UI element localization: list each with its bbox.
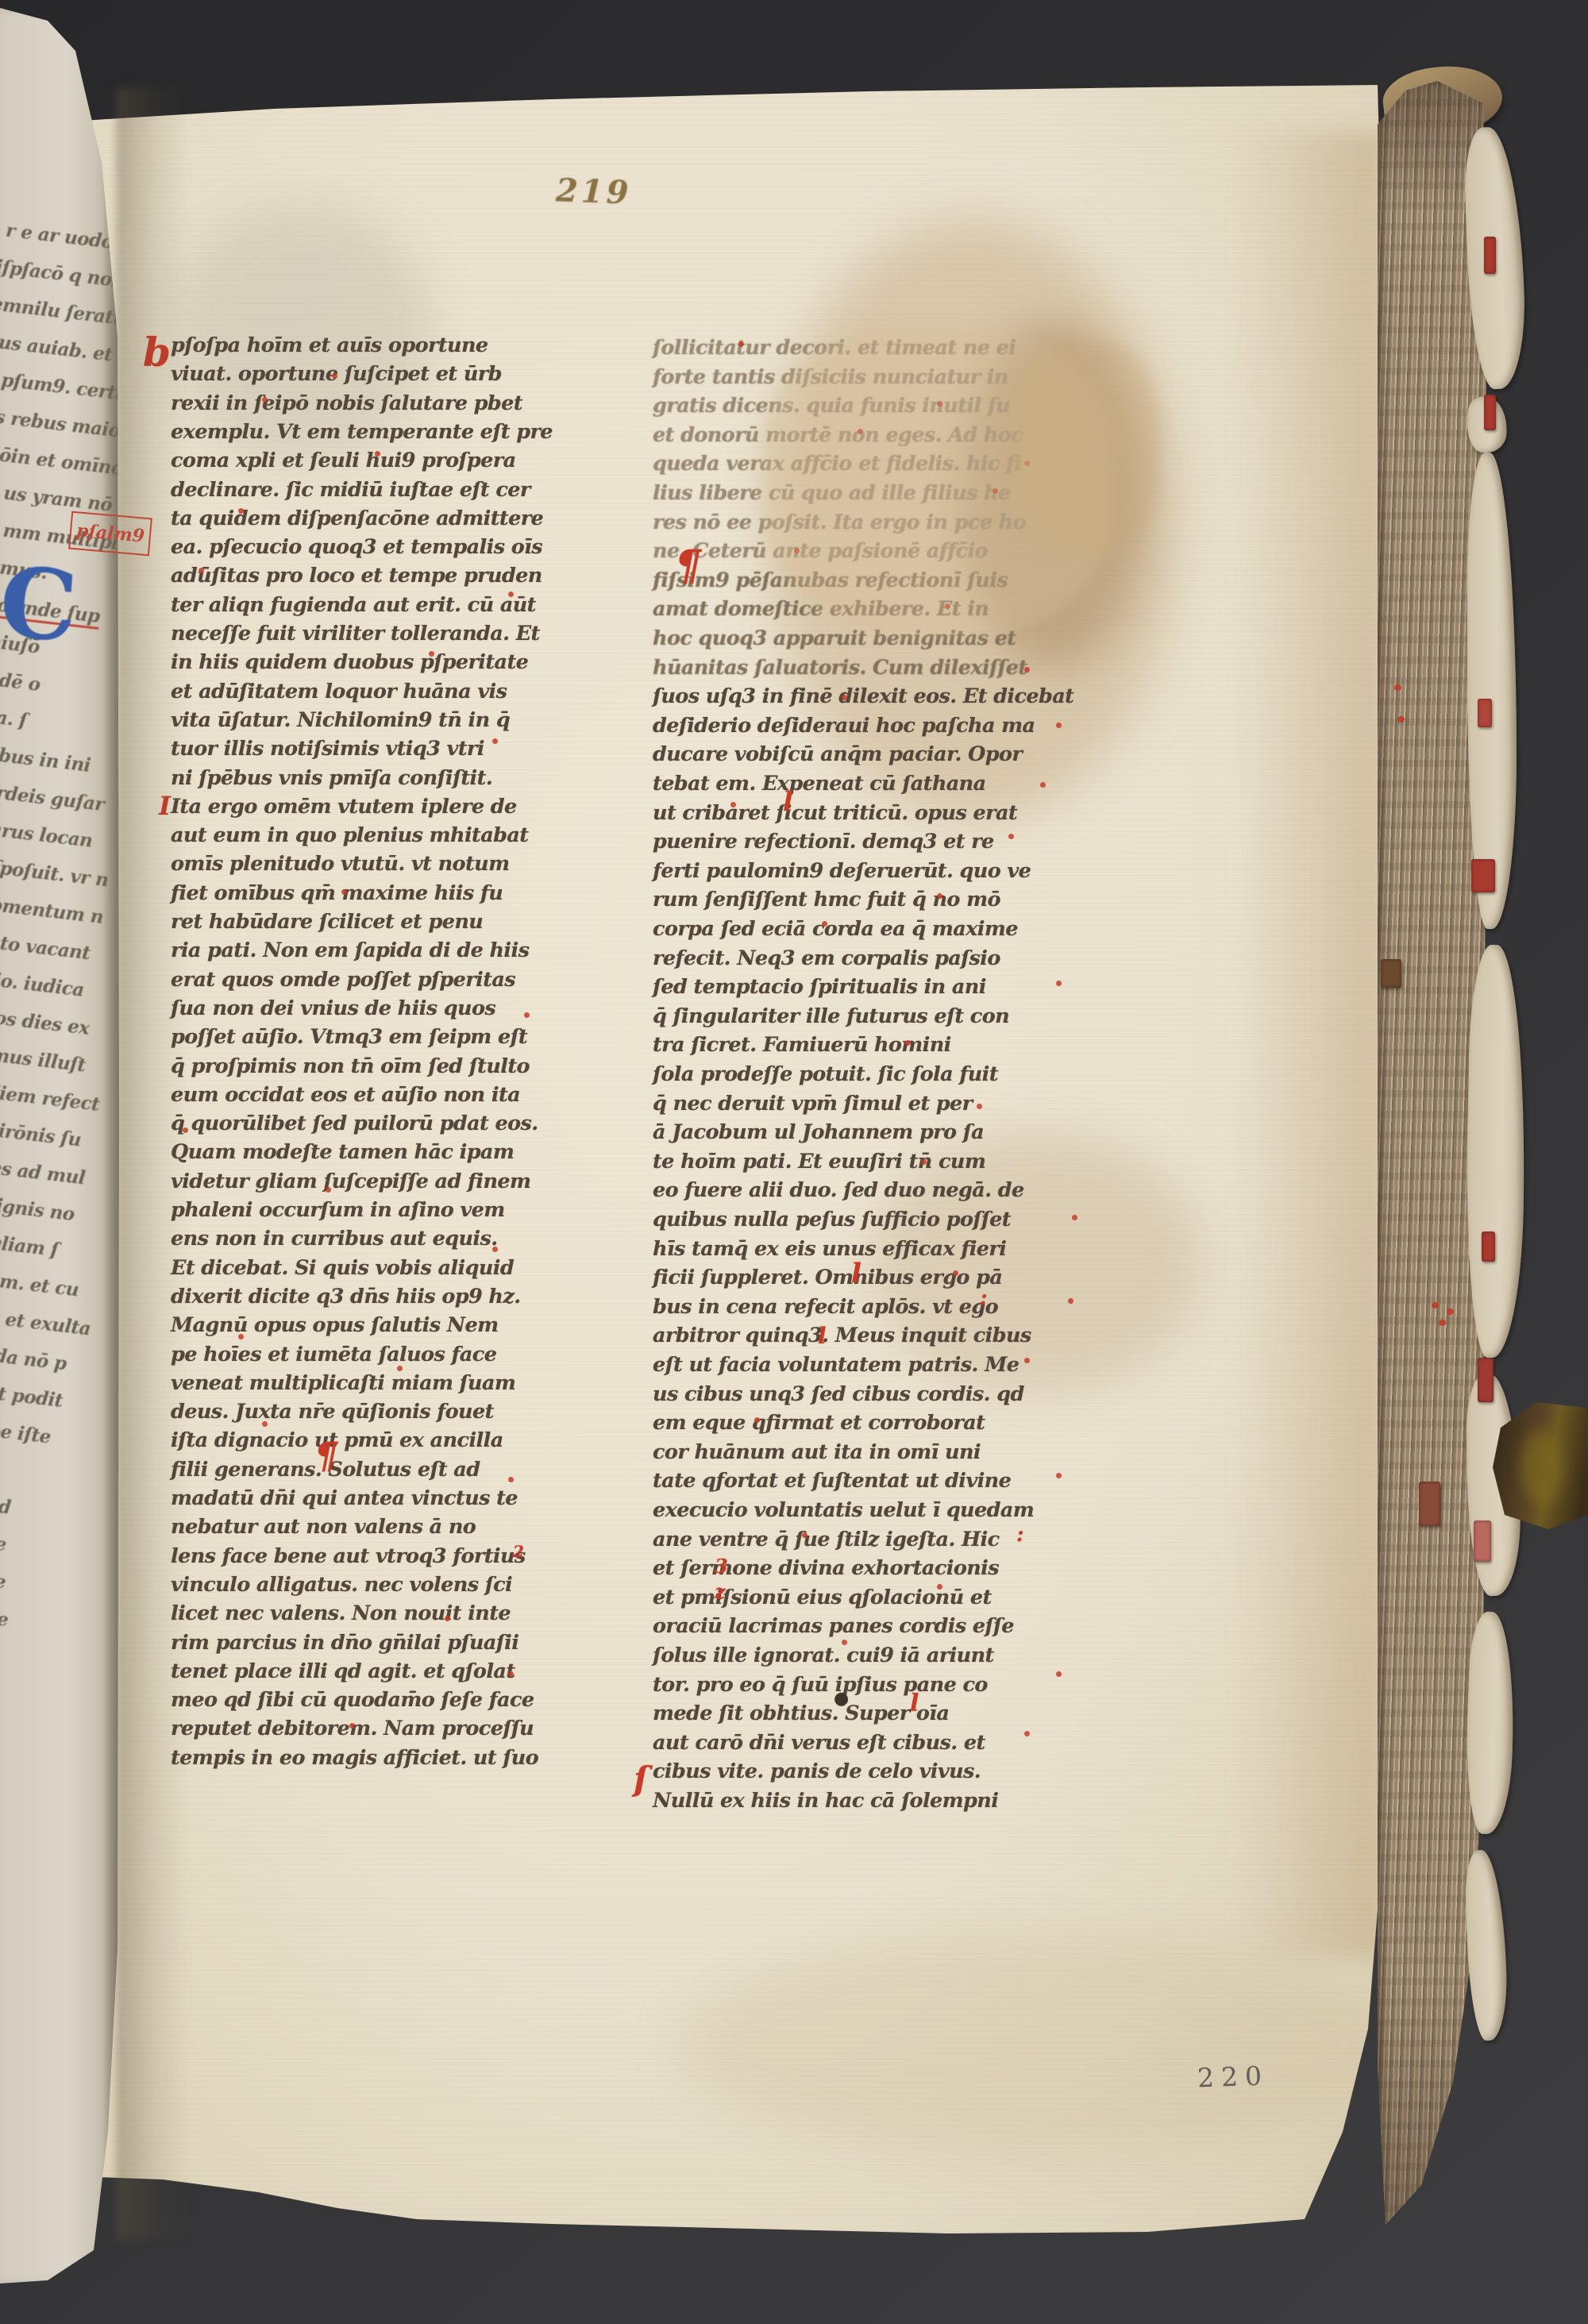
strip-line: ice. iō ſplendida nō p <box>0 1330 67 1374</box>
stain <box>679 1933 1393 2156</box>
manuscript-line: oraciū lacrimas panes cordis eſſe <box>653 1614 1014 1638</box>
manuscript-line: deſiderio deſideraui hoc paſcha ma <box>653 714 1035 738</box>
manuscript-line: eum occidat eos et aūſio non ita <box>171 1083 520 1107</box>
strip-line: ne miſterio. iudica <box>0 959 85 1001</box>
manuscript-line: aut eum in quo plenius mhitabat <box>171 823 529 847</box>
strip-line: b r e ar uodo ista <box>0 218 121 258</box>
strip-line: et certōs inſignis no <box>0 1181 75 1225</box>
manuscript-line: te hoīm pati. Et euuſiri tn̄ cum <box>653 1150 985 1174</box>
strip-line: reſsionis. diem refect <box>0 1070 101 1116</box>
manuscript-line: eo fuere alii duo. ſed duo negā. de <box>653 1178 1024 1202</box>
manuscript-line: ſua non dei vnius de hiis quos <box>171 996 495 1020</box>
manuscript-line: ni ſpēbus vnis pmīſa conſiſtit. <box>171 766 492 790</box>
manuscript-line: Nullū ex hiis in hac cā ſolempni <box>653 1789 998 1813</box>
manuscript-line: pſoſpa hoīm et auīs oportune <box>171 333 488 357</box>
manuscript-line: Magnū opus opus ſalutis Nem <box>171 1313 499 1337</box>
photo-backdrop: 219 pſoſpa hoīm et auīs oportuneviuat. o… <box>0 0 1588 2324</box>
manuscript-line: cibus vite. panis de celo vivus. <box>653 1759 981 1783</box>
manuscript-line: q̄ quorūlibet ſed puilorū pdat eos. <box>171 1112 538 1135</box>
strip-line: diſpſacō q nobiſcū ag <box>0 255 121 300</box>
strip-line: mors cōtinuet ad <box>0 1478 12 1519</box>
folio-number: 219 <box>555 172 632 211</box>
manuscript-line: rexii in ſeipō nobis ſalutare pbet <box>171 391 522 415</box>
manuscript-line: iſta dignacio ut pmū ex ancilla <box>171 1428 503 1452</box>
manuscript-line: ferti paulomin9 deſeruerūt. quo ve <box>653 859 1031 883</box>
manuscript-line: ta quidem diſpenſacōne admittere <box>171 507 543 530</box>
manuscript-line: ducare vobiſcū anq̄m paciar. Opor <box>653 742 1022 766</box>
page-stamp: 220 <box>1197 2060 1269 2093</box>
strip-line: quale momentum n <box>0 885 105 928</box>
manuscript-line: ſolus ille ignorat. cui9 iā ariunt <box>653 1644 994 1667</box>
manuscript-line: hūanitas ſaluatoris. Cum dilexiſſet <box>653 656 1027 680</box>
strip-line: lo deſcendit. et de <box>0 1590 10 1631</box>
manuscript-line: cor huānum aut ita in omī uni <box>653 1440 981 1464</box>
strip-line: ſacrāmento vacant <box>0 922 91 964</box>
manuscript-line: tuor illis notiſsimis vtiq3 vtri <box>171 737 484 761</box>
manuscript-line: Et dicebat. Si quis vobis aliquid <box>171 1256 514 1280</box>
manuscript-line: lens face bene aut vtroq3 fortius <box>171 1544 526 1568</box>
manuscript-line: tate qfortat et ſuſtentat ut divine <box>653 1469 1011 1493</box>
manuscript-line: corpa ſed eciā corda ea q̄ maxime <box>653 917 1018 941</box>
strip-line: tus eſt huānam. et cu <box>0 1256 80 1301</box>
manuscript-line: tenet place illi qd agit. et qſolat <box>171 1659 515 1683</box>
strip-line: ortis aīe refectōe <box>0 1515 7 1555</box>
illuminated-initial: C <box>0 558 80 651</box>
manuscript-line: eſt ut facia voluntatem patris. Me <box>653 1353 1019 1377</box>
manuscript-line: ter aliqn fugienda aut erit. cū aūt <box>171 593 536 617</box>
rubric-box: pſalm9 <box>68 511 152 557</box>
stain <box>1008 341 1159 556</box>
manuscript-line: ria pati. Non em ſapida di de hiis <box>171 938 529 962</box>
manuscript-line: ea. pſecucio quoq3 et tempalis oīs <box>171 535 542 559</box>
manuscript-line: coma xpli et ſeuli hui9 proſpera <box>171 449 516 472</box>
manuscript-line: omīs plenitudo vtutū. vt notum <box>171 852 509 876</box>
strip-line: hodie colimus illuſt <box>0 1033 87 1076</box>
manuscript-line: Ita ergo omēm vtutem iplere de <box>171 795 517 819</box>
ragged-leaf <box>1466 396 1509 454</box>
manuscript-line: tempis in eo magis afficiet. ut ſuo <box>171 1746 538 1770</box>
manuscript-line: quibus nulla peſus ſufficio poſſet <box>653 1208 1011 1231</box>
manuscript-line: ane ventre q̄ ſue ſtilz igeſta. Hic <box>653 1528 1000 1551</box>
gutter-shadow <box>116 87 189 2239</box>
manuscript-line: viuat. oportune ſuſcipet et ūrb <box>171 362 502 386</box>
manuscript-line: refecit. Neq3 em corpalis paſsio <box>653 946 1000 970</box>
stain <box>1235 131 1386 1957</box>
strip-line: anus conſecūat podit <box>0 1367 64 1412</box>
strip-line: q̄ mōin et omīno ſo <box>0 440 121 482</box>
manuscript-line: ut cribaret ſicut triticū. opus erat <box>653 801 1017 825</box>
manuscript-line: mede ſit obhtius. Super oīa <box>653 1702 949 1725</box>
manuscript-line: et adūſitatem loquor huāna vis <box>171 680 507 703</box>
manuscript-line: rim parcius in dn̄o gn̄ilai pſuaſii <box>171 1631 518 1655</box>
strip-line: aus q3 et paſsōe iſte <box>0 1404 52 1447</box>
manuscript-line: ens non in curribus aut equis. <box>171 1227 498 1251</box>
strip-line: neis oparus locan <box>0 811 94 852</box>
manuscript-line: madatū dn̄i qui antea vinctus te <box>171 1486 518 1510</box>
manuscript-line: declinare. ſic midiū iuſtae eſt cer <box>171 478 530 502</box>
strip-line: nō pſum9. certi ſum <box>0 366 121 410</box>
manuscript-line: q̄ proſpimis non tn̄ oīm ſed ſtulto <box>171 1054 530 1078</box>
manuscript-line: aut carō dn̄i verus eſt cibus. et <box>653 1731 985 1755</box>
strip-line: quoq3 gaudio et exulta <box>0 1293 92 1339</box>
manuscript-line: vinculo alligatus. nec volens ſci <box>171 1573 512 1597</box>
manuscript-line: q̄ nec deruit vpm̄ ſimul et per <box>653 1092 972 1116</box>
manuscript-line: nebatur aut non valens ā no <box>171 1515 476 1539</box>
strip-line: ue. Notabiles ad mul <box>0 1144 87 1189</box>
strip-line: ſionis. requirōnis ſu <box>0 1108 82 1151</box>
strip-line: pemnilu ſeratur. ſv <box>0 291 121 333</box>
strip-line: deus auiab. et cū m <box>0 329 121 372</box>
strip-line: nrīs rebus maioā ſ <box>0 403 121 444</box>
ragged-leaf <box>1464 1849 1509 2041</box>
strip-line: pane viuo q̄ de ce <box>0 1552 7 1593</box>
manuscript-line: filii generans. Solutus eſt ad <box>171 1458 480 1482</box>
manuscript-line: q̄ ſingulariter ille futurus eſt con <box>653 1004 1009 1028</box>
manuscript-line: ſed temptacio ſpiritualis in ani <box>653 975 986 999</box>
manuscript-line: puenire refectionī. demq3 et re <box>653 830 994 854</box>
manuscript-line: deus. Juxta nr̄e qūſionis fouet <box>171 1400 494 1424</box>
manuscript-line: et ſermone divina exhortacionis <box>653 1556 999 1580</box>
manuscript-line: erat quos omde poſſet pſperitas <box>171 968 515 992</box>
manuscript-line: phaleni occurſum in aſino vem <box>171 1198 505 1222</box>
manuscript-line: exemplu. Vt em temperante eſt pre <box>171 420 553 444</box>
manuscript-line: ſola prodeſſe potuit. ſic ſola fuit <box>653 1062 998 1086</box>
manuscript-line: adūſitas pro loco et tempe pruden <box>171 564 542 588</box>
ragged-leaf <box>1463 126 1527 390</box>
manuscript-line: videtur gliam ſuſcepiſſe ad finem <box>171 1170 530 1193</box>
manuscript-line: ſuos uſq3 in finē dilexit eos. Et diceba… <box>653 684 1073 708</box>
manuscript-line: pe hoīes et iumēta ſaluos face <box>171 1343 496 1366</box>
ragged-leaf <box>1463 1611 1517 1835</box>
previous-page-strip: b r e ar uodo istadiſpſacō q nobiſcū agp… <box>0 3 121 2290</box>
strip-line: eam hordeis guſar <box>0 773 105 815</box>
manuscript-line: us cibus unq3 ſed cibus cordis. qd <box>653 1382 1024 1406</box>
manuscript-line: veneat multiplicaſti miam ſuam <box>171 1371 515 1395</box>
manuscript-line: in hiis quidem duobus pſperitate <box>171 650 528 674</box>
strap-highlight <box>1521 1429 1563 1505</box>
strip-line: menſiia. ſ <box>0 700 28 731</box>
strip-line: quidem die gliam ſ <box>0 1219 60 1261</box>
manuscript-line: ficii ſuppleret. Omnibus ergo pā <box>653 1266 1002 1289</box>
manuscript-line: ret habūdare ſcilicet et penu <box>171 910 483 934</box>
manuscript-line: em eque qfirmat et corroborat <box>653 1411 985 1435</box>
manuscript-line: fiet omībus qm̄ maxime hiis fu <box>171 881 503 905</box>
manuscript-line: neceſſe fuit viriliter tolleranda. Et <box>171 622 540 646</box>
manuscript-line: dixerit dicite q3 dn̄s hiis op9 hz. <box>171 1285 521 1308</box>
manuscript-line: tebat em. Expeneat cū ſathana <box>653 772 986 796</box>
strip-line: tuor pximos dies ex <box>0 996 91 1039</box>
ragged-leaf <box>1463 944 1528 1358</box>
manuscript-line: rum ſenſiſſent hmc fuit q̄ no mō <box>653 888 1000 911</box>
strip-line: ni pondē o <box>0 662 41 696</box>
manuscript-line: Quam modeſte tamen hāc ipam <box>171 1140 514 1164</box>
manuscript-line: tra ſicret. Famiuerū homini <box>653 1033 951 1057</box>
manuscript-line: meo qd ſibi cū quodam̄o ſeſe face <box>171 1688 534 1712</box>
manuscript-line: arbitror quinq3. Meus inquit cibus <box>653 1324 1031 1347</box>
manuscript-line: tor. pro eo q̄ ſuū ipſius pane co <box>653 1673 988 1697</box>
manuscript-line: vita ūſatur. Nichilomin9 tn̄ in q̄ <box>171 708 510 732</box>
manuscript-line: licet nec valens. Non nouit inte <box>171 1601 511 1625</box>
strip-text: b r e ar uodo istadiſpſacō q nobiſcū agp… <box>0 218 121 239</box>
ragged-leaf <box>1467 453 1517 929</box>
manuscript-line: hīs tamq̄ ex eis unus efficax fieri <box>653 1237 1006 1261</box>
strip-line: eſt in diſpoſuit. vr n <box>0 848 110 891</box>
manuscript-line: poſſet aūſio. Vtmq3 em ſeipm eſt <box>171 1025 527 1049</box>
manuscript-line: ā Jacobum ul Johannem pro ſa <box>653 1120 984 1144</box>
manuscript-line: execucio voluntatis uelut ī quedam <box>653 1498 1034 1522</box>
manuscript-line: bus in cena refecit aplōs. vt ego <box>653 1295 998 1319</box>
ragged-leaves <box>1467 111 1555 2080</box>
manuscript-line: reputet debitorem. Nam proceſſu <box>171 1717 534 1740</box>
manuscript-line: et pmiſsionū eius qſolacionū et <box>653 1586 992 1609</box>
strip-line: ſup quibus in ini <box>0 737 91 777</box>
